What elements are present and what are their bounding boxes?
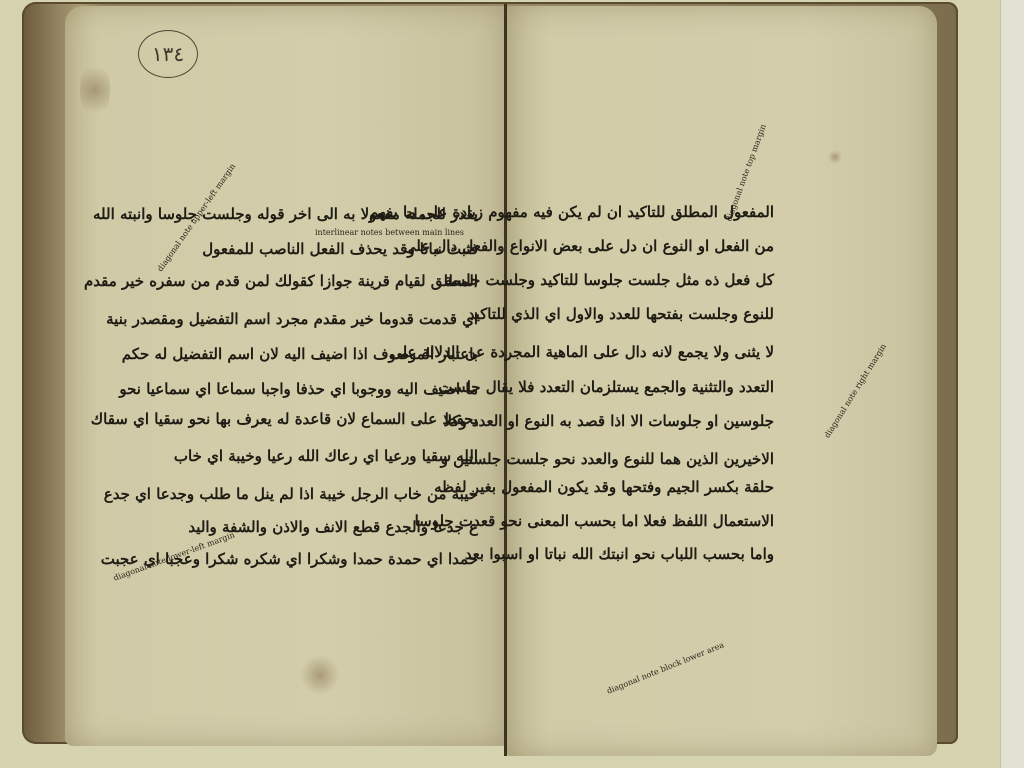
right-line-11: واما بحسب اللباب نحو انبتك الله نباتا او…	[465, 545, 774, 563]
background-panel	[1000, 0, 1024, 768]
right-line-10: الاستعمال اللفظ فعلا اما بحسب المعنى نحو…	[415, 512, 774, 530]
right-line-4: للنوع وجلست بفتحها للعدد والاول اي الذي …	[468, 305, 774, 323]
foxing-spot	[828, 150, 842, 164]
right-line-5: لا يثنى ولا يجمع لانه دال على الماهية ال…	[390, 343, 774, 361]
right-line-3: كل فعل ذه مثل جلست جلوسا للتاكيد وجلست ج…	[445, 271, 774, 289]
left-line-4: اي قدمت قدوما خير مقدم مجرد اسم التفضيل …	[106, 310, 478, 328]
right-line-6: التعدد والتثنية والجمع يستلزمان التعدد ف…	[438, 378, 774, 396]
right-line-9: حلقة بكسر الجيم وفتحها وقد يكون المفعول …	[434, 478, 774, 496]
edge-stain	[80, 60, 110, 120]
right-line-1: المفعول المطلق للتاكيد ان لم يكن فيه مفه…	[369, 203, 774, 221]
right-line-7: جلوسين او جلوسات الا اذا قصد به النوع او…	[443, 412, 774, 430]
left-gloss-interlinear: interlinear notes between main lines	[315, 228, 464, 237]
left-line-6: ما اضيف اليه ووجوبا اي حذفا واجبا سماعا …	[119, 380, 478, 398]
left-line-3: المطلق لقيام قرينة جوازا كقولك لمن قدم م…	[84, 272, 478, 290]
left-page	[65, 6, 505, 746]
folio-number: ١٣٤	[138, 30, 198, 78]
right-line-2: من الفعل او النوع ان دل على بعض الانواع …	[404, 237, 774, 255]
right-line-8: الاخيرين الذين هما للنوع والعدد نحو جلست…	[441, 450, 774, 468]
ink-stain	[300, 655, 340, 695]
left-line-7: يحفظ على السماع لان قاعدة له يعرف بها نح…	[91, 410, 478, 428]
left-line-8: الله سقيا ورعيا اي رعاك الله رعيا وخيبة …	[174, 447, 478, 465]
left-line-9: خيبة من خاب الرجل خيبة اذا لم ينل ما طلب…	[104, 485, 478, 503]
